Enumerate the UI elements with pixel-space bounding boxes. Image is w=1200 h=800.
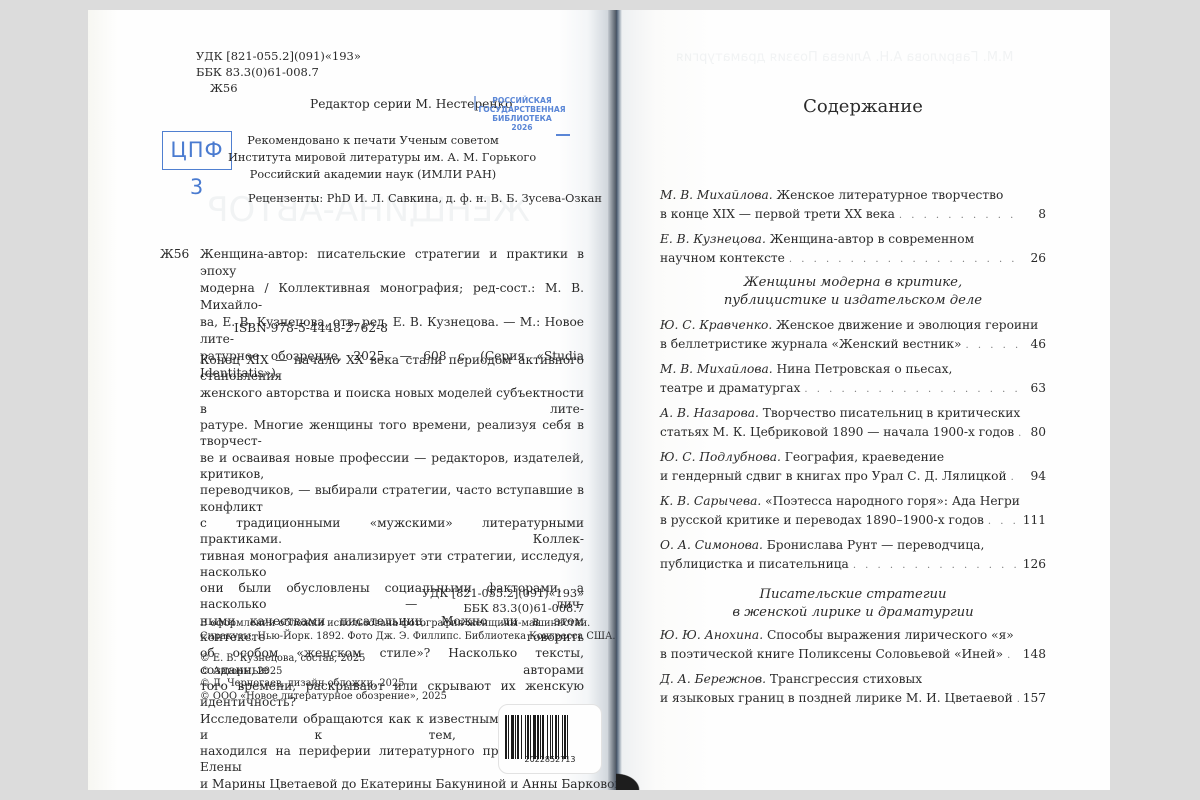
recommendation-block: Рекомендовано к печати Ученым советом Ин… xyxy=(228,132,518,183)
toc-entry[interactable]: А. В. Назарова. Творчество писательниц в… xyxy=(660,404,1046,443)
udk-header: УДК [821-055.2](091)«193» ББК 83.3(0)61-… xyxy=(196,48,361,96)
toc-entry[interactable]: М. В. Михайлова. Женское литературное тв… xyxy=(660,186,1046,225)
page-number: 46 xyxy=(1026,335,1046,354)
toc-entry[interactable]: К. В. Сарычева. «Поэтесса народного горя… xyxy=(660,492,1046,531)
entry-title: Творчество писательниц в критических xyxy=(759,406,1020,420)
page-number: 80 xyxy=(1026,423,1046,442)
entry-author: А. В. Назарова. xyxy=(660,406,759,420)
entry-author: М. В. Михайлова. xyxy=(660,362,773,376)
toc-entry[interactable]: Ю. С. Кравченко. Женское движение и эвол… xyxy=(660,316,1046,355)
udk-code: УДК [821-055.2](091)«193» xyxy=(196,48,361,64)
page-curl-shadow xyxy=(616,762,656,790)
cpf-stamp: ЦПФ 3 xyxy=(162,131,232,170)
entry-title-cont: и гендерный сдвиг в книгах про Урал С. Д… xyxy=(660,467,1007,486)
entry-title-cont: театре и драматургах xyxy=(660,379,800,398)
page-number: 63 xyxy=(1026,379,1046,398)
leader-dots xyxy=(853,556,1019,575)
section-heading-lyric: Писательские стратегии в женской лирике … xyxy=(660,586,1046,622)
toc-entry[interactable]: Д. А. Бережнов. Трансгрессия стиховыхи я… xyxy=(660,670,1046,709)
barcode-number: 2022852713 xyxy=(499,755,601,764)
entry-title-cont: статьях М. К. Цебриковой 1890 — начала 1… xyxy=(660,423,1014,442)
entry-author: О. А. Симонова. xyxy=(660,538,763,552)
bbk-code: ББК 83.3(0)61-008.7 xyxy=(196,64,361,80)
entry-title-cont: в русской критике и переводах 1890–1900-… xyxy=(660,511,984,530)
entry-author: Д. А. Бережнов. xyxy=(660,672,766,686)
toc-entry[interactable]: О. А. Симонова. Бронислава Рунт — перево… xyxy=(660,536,1046,575)
leader-dots xyxy=(1011,468,1022,487)
leader-dots xyxy=(1017,690,1019,709)
toc-entry[interactable]: Е. В. Кузнецова. Женщина-автор в совреме… xyxy=(660,230,1046,269)
entry-title: Бронислава Рунт — переводчица, xyxy=(763,538,984,552)
udk-footer: УДК [821-055.2](091)«193» ББК 83.3(0)61-… xyxy=(388,586,584,616)
leader-dots xyxy=(966,336,1022,355)
library-barcode-sticker: 2022852713 xyxy=(498,704,602,774)
page-number: 94 xyxy=(1026,467,1046,486)
contents-title: Содержание xyxy=(616,98,1110,115)
book-spread: ЖЕНЩИНА-АВТОР УДК [821-055.2](091)«193» … xyxy=(88,10,1110,790)
catalog-code: Ж56 xyxy=(160,246,189,263)
cover-note: В оформлении обложки использована фотогр… xyxy=(200,618,616,643)
isbn: ISBN 978-5-4448-2762-8 xyxy=(234,320,388,337)
toc-entry[interactable]: Ю. Ю. Анохина. Способы выражения лиричес… xyxy=(660,626,1046,665)
page-number: 8 xyxy=(1026,205,1046,224)
entry-author: Ю. Ю. Анохина. xyxy=(660,628,763,642)
page-number: 148 xyxy=(1023,645,1046,664)
imprint-page: ЖЕНЩИНА-АВТОР УДК [821-055.2](091)«193» … xyxy=(88,10,616,790)
page-number: 111 xyxy=(1023,511,1046,530)
entry-title: «Поэтесса народного горя»: Ада Негри xyxy=(761,494,1020,508)
entry-title: Способы выражения лирического «я» xyxy=(763,628,1014,642)
page-number: 157 xyxy=(1023,689,1046,708)
section-heading-criticism: Женщины модерна в критике, публицистике … xyxy=(660,274,1046,310)
entry-title: Трансгрессия стиховых xyxy=(766,672,922,686)
leader-dots xyxy=(1007,646,1019,665)
toc-entry[interactable]: М. В. Михайлова. Нина Петровская о пьеса… xyxy=(660,360,1046,399)
entry-title-cont: публицистка и писательница xyxy=(660,555,849,574)
entry-title: Женское движение и эволюция героини xyxy=(772,318,1038,332)
entry-title-cont: в поэтической книге Поликсены Соловьевой… xyxy=(660,645,1003,664)
author-mark: Ж56 xyxy=(196,80,361,96)
barcode xyxy=(505,715,593,759)
entry-author: Ю. С. Кравченко. xyxy=(660,318,772,332)
toc-entry[interactable]: Ю. С. Подлубнова. География, краеведение… xyxy=(660,448,1046,487)
entry-title: География, краеведение xyxy=(781,450,944,464)
bleed-through-text: М.М. Гаврилова А.Н. Алиева Поэзия драмат… xyxy=(676,50,1013,65)
entry-title-cont: и языковых границ в поздней лирике М. И.… xyxy=(660,689,1013,708)
leader-dots xyxy=(804,380,1022,399)
leader-dots xyxy=(988,512,1019,531)
entry-title-cont: в беллетристике журнала «Женский вестник… xyxy=(660,335,962,354)
leader-dots xyxy=(1018,424,1022,443)
page-number: 26 xyxy=(1026,249,1046,268)
entry-author: Ю. С. Подлубнова. xyxy=(660,450,781,464)
reviewers: Рецензенты: PhD И. Л. Савкина, д. ф. н. … xyxy=(248,190,602,207)
contents-page: М.М. Гаврилова А.Н. Алиева Поэзия драмат… xyxy=(616,10,1110,790)
entry-title: Нина Петровская о пьесах, xyxy=(773,362,953,376)
entry-author: К. В. Сарычева. xyxy=(660,494,761,508)
copyrights: © Е. В. Кузнецова, состав, 2025 © Авторы… xyxy=(200,653,447,703)
page-number: 126 xyxy=(1023,555,1046,574)
